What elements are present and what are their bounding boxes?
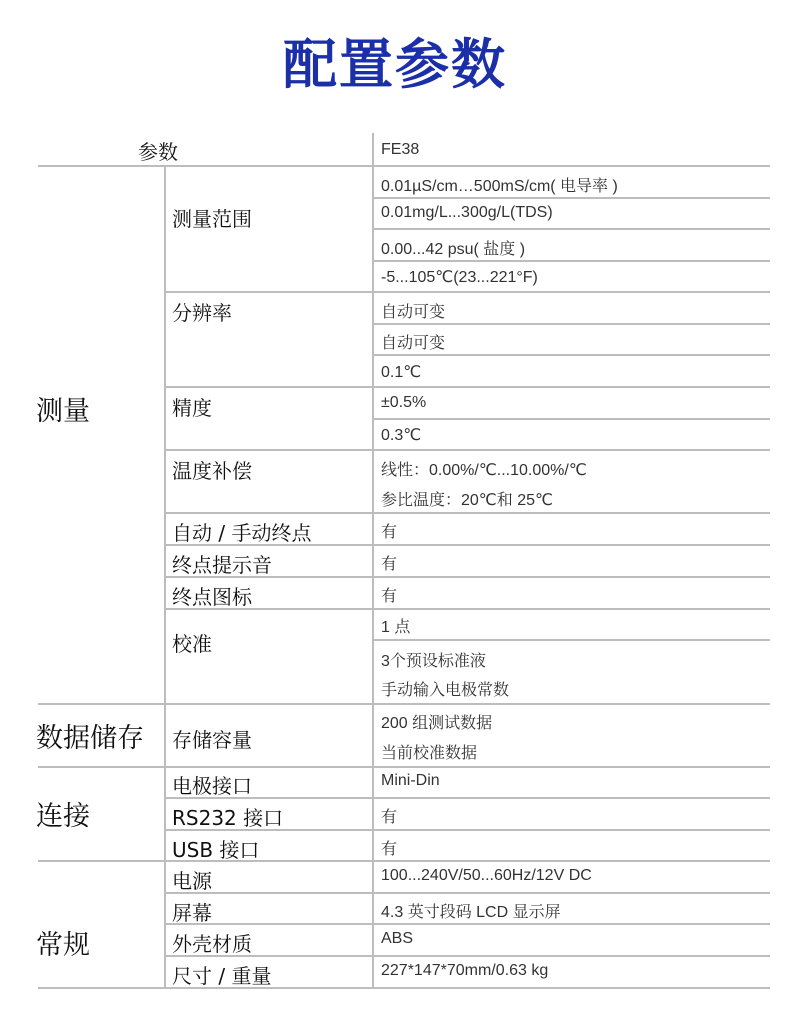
value-range-tds: 0.01mg/L...300g/L(TDS)	[381, 204, 553, 222]
divider	[38, 860, 770, 862]
value-calibration-standards: 3个预设标准液	[381, 648, 486, 671]
value-endpoint-mode: 有	[381, 519, 397, 542]
param-electrode-port: 电极接口	[172, 770, 252, 799]
value-calibration-points: 1 点	[381, 614, 410, 637]
value-range-salinity: 0.00...42 psu( 盐度 )	[381, 236, 525, 259]
param-power: 电源	[172, 865, 212, 894]
divider	[165, 608, 770, 610]
category-data-storage: 数据储存	[36, 716, 144, 755]
divider	[165, 449, 770, 451]
value-screen: 4.3 英寸段码 LCD 显示屏	[381, 899, 561, 922]
param-rs232-port: RS232 接口	[172, 802, 283, 831]
spec-table: 参数 FE38 测量 数据储存 连接 常规 测量范围 分辨率 精度 温度补偿 自…	[0, 0, 790, 1009]
value-housing-material: ABS	[381, 930, 413, 948]
divider	[38, 766, 770, 768]
param-storage-capacity: 存储容量	[172, 724, 252, 753]
divider	[165, 892, 770, 894]
divider	[165, 386, 770, 388]
divider	[38, 703, 770, 705]
divider	[165, 797, 770, 799]
value-endpoint-icon: 有	[381, 583, 397, 606]
value-resolution-temp: 0.1℃	[381, 362, 421, 382]
value-resolution-2: 自动可变	[381, 330, 445, 353]
divider	[38, 987, 770, 989]
divider	[373, 354, 770, 356]
value-resolution-1: 自动可变	[381, 299, 445, 322]
param-size-weight: 尺寸 / 重量	[172, 960, 271, 989]
value-accuracy-1: ±0.5%	[381, 394, 426, 412]
header-param-label: 参数	[138, 136, 178, 165]
value-accuracy-temp: 0.3℃	[381, 425, 421, 445]
param-endpoint-beep: 终点提示音	[172, 549, 272, 578]
divider	[373, 639, 770, 641]
param-endpoint-icon: 终点图标	[172, 581, 252, 610]
category-connection: 连接	[36, 794, 90, 833]
param-calibration: 校准	[172, 628, 212, 657]
value-endpoint-beep: 有	[381, 551, 397, 574]
param-range: 测量范围	[172, 203, 252, 232]
divider	[165, 291, 770, 293]
param-usb-port: USB 接口	[172, 834, 259, 863]
value-range-temperature: -5...105℃(23...221°F)	[381, 267, 538, 287]
divider	[373, 323, 770, 325]
value-rs232-port: 有	[381, 804, 397, 827]
column-divider	[164, 167, 166, 988]
param-endpoint-mode: 自动 / 手动终点	[172, 517, 311, 546]
param-housing-material: 外壳材质	[172, 928, 252, 957]
param-resolution: 分辨率	[172, 297, 232, 326]
value-power: 100...240V/50...60Hz/12V DC	[381, 867, 592, 885]
divider	[38, 165, 770, 167]
divider	[373, 228, 770, 230]
value-size-weight: 227*147*70mm/0.63 kg	[381, 962, 548, 980]
param-accuracy: 精度	[172, 392, 212, 421]
column-divider	[372, 133, 374, 988]
value-electrode-port: Mini-Din	[381, 772, 440, 790]
value-usb-port: 有	[381, 836, 397, 859]
divider	[165, 512, 770, 514]
divider	[373, 260, 770, 262]
header-model: FE38	[381, 141, 419, 159]
divider	[165, 923, 770, 925]
value-temp-comp-linear: 线性：0.00%/℃...10.00%/℃	[381, 457, 587, 480]
value-range-conductivity: 0.01µS/cm…500mS/cm( 电导率 )	[381, 173, 618, 196]
divider	[165, 955, 770, 957]
value-temp-comp-reference: 参比温度：20℃和 25℃	[381, 487, 553, 510]
value-calibration-manual: 手动输入电极常数	[381, 677, 509, 700]
divider	[373, 418, 770, 420]
param-temp-compensation: 温度补偿	[172, 455, 252, 484]
param-screen: 屏幕	[172, 897, 212, 926]
value-storage-calibration: 当前校准数据	[381, 740, 477, 763]
value-storage-tests: 200 组测试数据	[381, 710, 492, 733]
category-measurement: 测量	[36, 389, 90, 428]
category-general: 常规	[36, 923, 90, 962]
divider	[373, 197, 770, 199]
